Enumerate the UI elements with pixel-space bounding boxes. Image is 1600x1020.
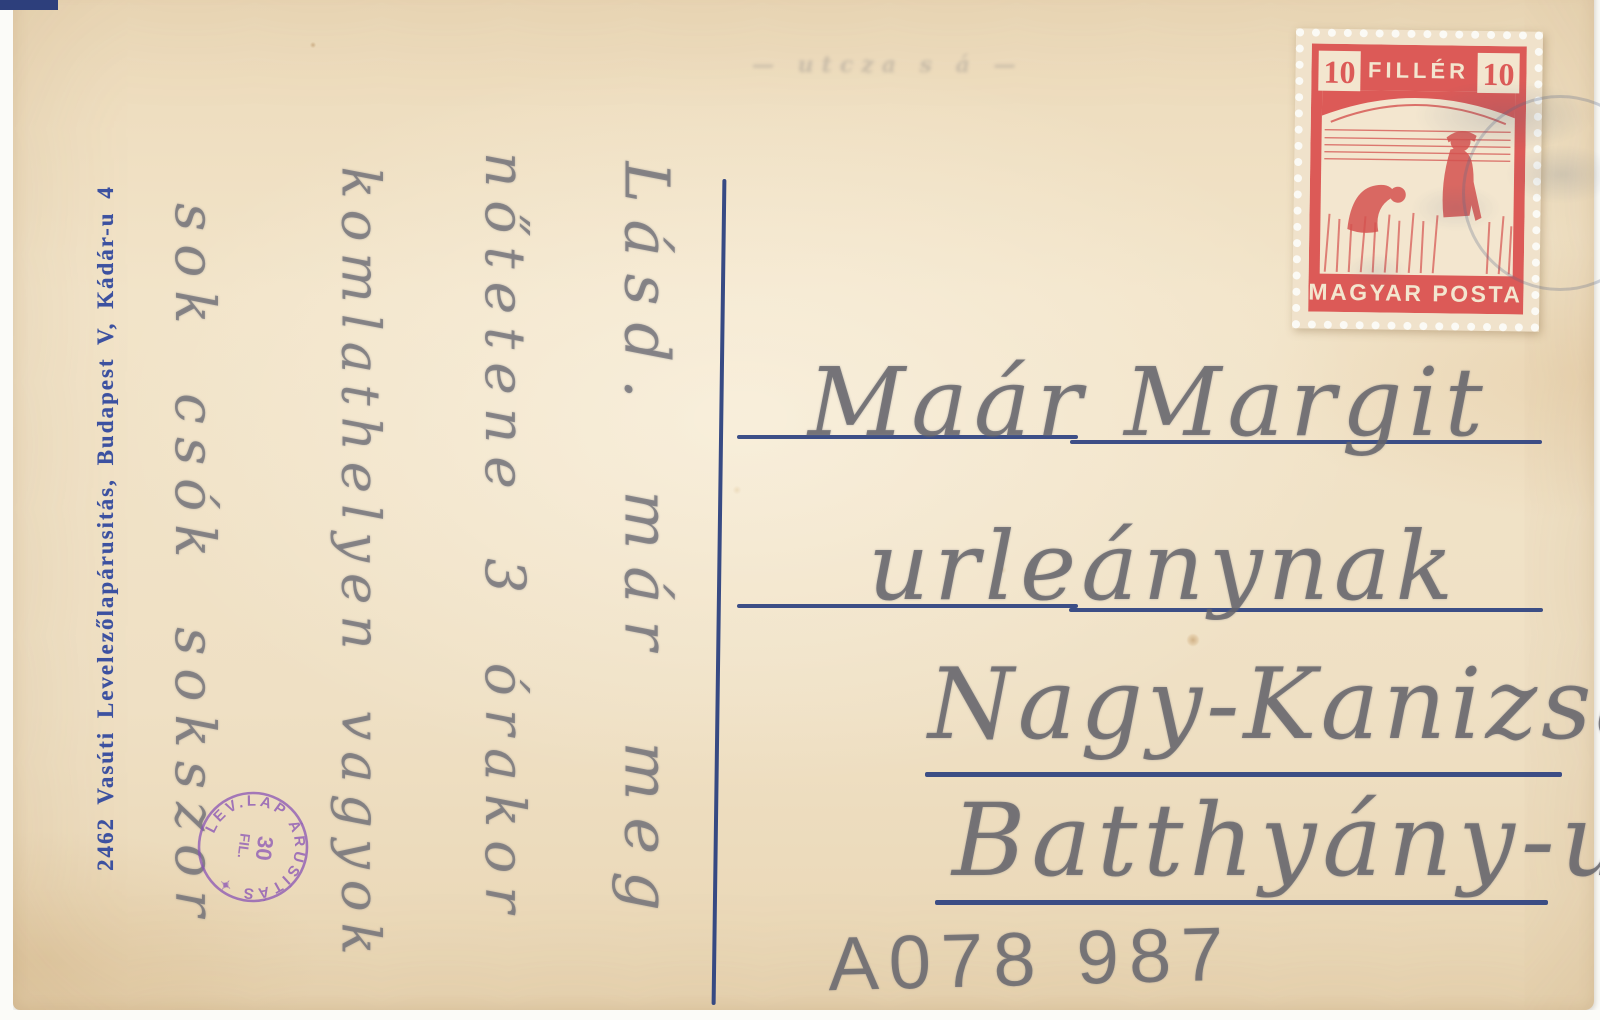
stamp-country-label: MAGYAR POSTA [1308, 278, 1522, 307]
message-line-1: Lásd. már meg [611, 162, 684, 902]
scan-edge-bottom [0, 1010, 1600, 1020]
address-street: Batthyány-u [952, 782, 1600, 899]
ghost-offset-print: — utcza s á — [752, 52, 1132, 78]
handstamp-value: 30 [251, 835, 279, 862]
message-line-2: nőtetene 3 órakor [473, 152, 537, 942]
postcard-scan: 2462 Vasúti Levelezőlapárusitás, Budapes… [0, 0, 1600, 1020]
dealer-handstamp-graphic: LEV.LAP ÁRUSÍTÁS ✦ 30 FIL. [181, 775, 325, 919]
scan-edge-left [0, 0, 13, 1020]
address-name: Maár Margit [808, 348, 1489, 458]
scan-artifact-corner [0, 0, 58, 10]
stamp-value-left: 10 [1323, 54, 1355, 90]
publisher-imprint: 2462 Vasúti Levelezőlapárusitás, Budapes… [93, 81, 123, 871]
stamp-currency-label: FILLÉR [1368, 57, 1469, 83]
handstamp-unit: FIL. [235, 833, 254, 860]
address-rule-4 [935, 900, 1548, 905]
stamp-value-right: 10 [1482, 56, 1514, 92]
address-honorific: urleánynak [868, 512, 1458, 622]
dealer-handstamp: LEV.LAP ÁRUSÍTÁS ✦ 30 FIL. [181, 775, 325, 919]
message-line-3: komlathelyen vagyok [330, 167, 391, 951]
address-town: Nagy-Kanizsa [928, 648, 1600, 762]
serial-number: A078 987 [827, 911, 1235, 1009]
address-rule-3 [925, 772, 1562, 777]
